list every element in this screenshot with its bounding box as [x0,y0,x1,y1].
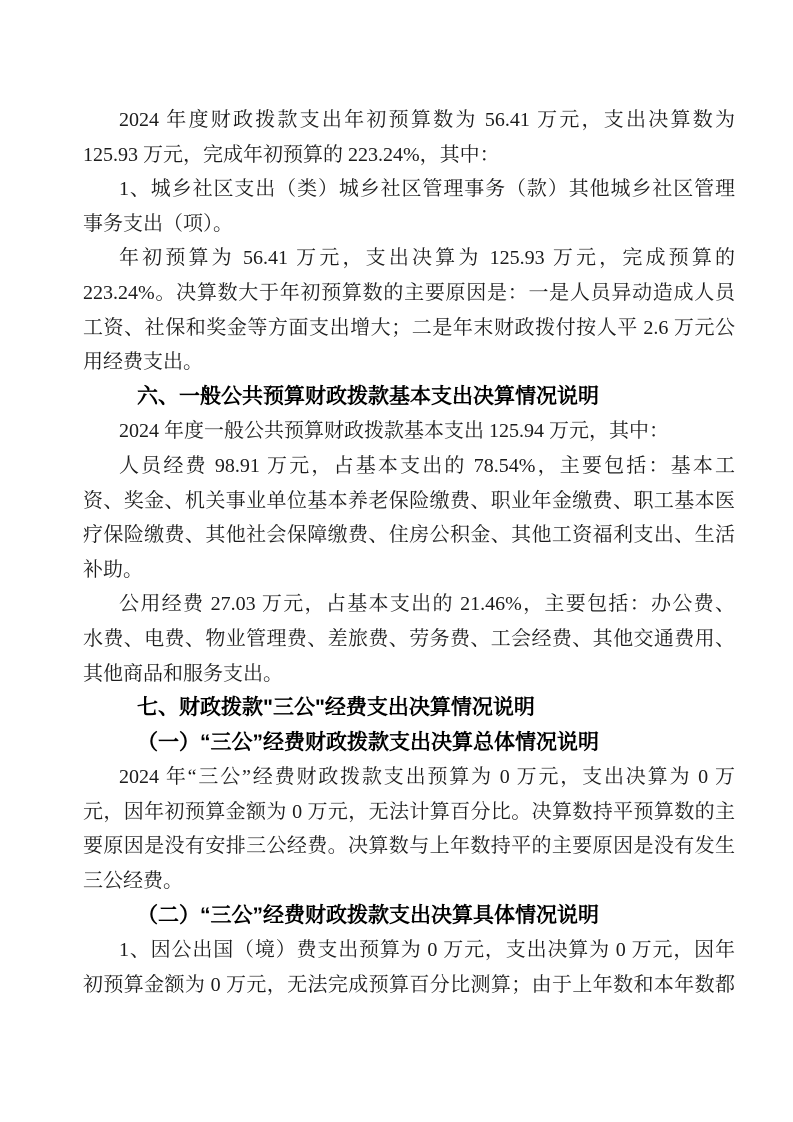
text-line: 资、奖金、机关事业单位基本养老保险缴费、职业年金缴费、职工基本医 [83,484,735,519]
text-line: 1、城乡社区支出（类）城乡社区管理事务（款）其他城乡社区管理 [83,172,735,207]
paragraph: 1、城乡社区支出（类）城乡社区管理事务（款）其他城乡社区管理事务支出（项）。 [83,172,735,241]
paragraph: 2024 年“三公”经费财政拨款支出预算为 0 万元，支出决算为 0 万元，因年… [83,760,735,898]
document-page: 2024 年度财政拨款支出年初预算数为 56.41 万元，支出决算数为125.9… [0,0,793,1122]
text-line: 2024 年度财政拨款支出年初预算数为 56.41 万元，支出决算数为 [83,103,735,138]
text-line: 223.24%。决算数大于年初预算数的主要原因是：一是人员异动造成人员 [83,276,735,311]
heading-line: 六、一般公共预算财政拨款基本支出决算情况说明 [83,380,735,415]
text-line: 初预算金额为 0 万元，无法完成预算百分比测算；由于上年数和本年数都 [83,968,735,1003]
text-line: 事务支出（项）。 [83,207,735,242]
heading-line: （二）“三公”经费财政拨款支出决算具体情况说明 [83,899,735,934]
document-body: 2024 年度财政拨款支出年初预算数为 56.41 万元，支出决算数为125.9… [83,103,735,1002]
paragraph: 2024 年度一般公共预算财政拨款基本支出 125.94 万元，其中： [83,414,735,449]
text-line: 公用经费 27.03 万元，占基本支出的 21.46%，主要包括：办公费、 [83,587,735,622]
text-line: 疗保险缴费、其他社会保障缴费、住房公积金、其他工资福利支出、生活 [83,518,735,553]
section-heading: （二）“三公”经费财政拨款支出决算具体情况说明 [83,899,735,934]
section-heading: （一）“三公”经费财政拨款支出决算总体情况说明 [83,726,735,761]
text-line: 工资、社保和奖金等方面支出增大；二是年末财政拨付按人平 2.6 万元公 [83,311,735,346]
paragraph: 年初预算为 56.41 万元，支出决算为 125.93 万元，完成预算的223.… [83,241,735,379]
text-line: 元，因年初预算金额为 0 万元，无法计算百分比。决算数持平预算数的主 [83,795,735,830]
text-line: 人员经费 98.91 万元，占基本支出的 78.54%，主要包括：基本工 [83,449,735,484]
text-line: 1、因公出国（境）费支出预算为 0 万元，支出决算为 0 万元，因年 [83,933,735,968]
text-line: 补助。 [83,553,735,588]
text-line: 其他商品和服务支出。 [83,657,735,692]
heading-line: （一）“三公”经费财政拨款支出决算总体情况说明 [83,726,735,761]
text-line: 用经费支出。 [83,345,735,380]
paragraph: 1、因公出国（境）费支出预算为 0 万元，支出决算为 0 万元，因年初预算金额为… [83,933,735,1002]
text-line: 三公经费。 [83,864,735,899]
text-line: 水费、电费、物业管理费、差旅费、劳务费、工会经费、其他交通费用、 [83,622,735,657]
section-heading: 六、一般公共预算财政拨款基本支出决算情况说明 [83,380,735,415]
heading-line: 七、财政拨款"三公"经费支出决算情况说明 [83,691,735,726]
paragraph: 人员经费 98.91 万元，占基本支出的 78.54%，主要包括：基本工资、奖金… [83,449,735,587]
paragraph: 2024 年度财政拨款支出年初预算数为 56.41 万元，支出决算数为125.9… [83,103,735,172]
text-line: 年初预算为 56.41 万元，支出决算为 125.93 万元，完成预算的 [83,241,735,276]
section-heading: 七、财政拨款"三公"经费支出决算情况说明 [83,691,735,726]
text-line: 要原因是没有安排三公经费。决算数与上年数持平的主要原因是没有发生 [83,829,735,864]
paragraph: 公用经费 27.03 万元，占基本支出的 21.46%，主要包括：办公费、水费、… [83,587,735,691]
text-line: 125.93 万元，完成年初预算的 223.24%，其中： [83,138,735,173]
text-line: 2024 年度一般公共预算财政拨款基本支出 125.94 万元，其中： [83,414,735,449]
text-line: 2024 年“三公”经费财政拨款支出预算为 0 万元，支出决算为 0 万 [83,760,735,795]
